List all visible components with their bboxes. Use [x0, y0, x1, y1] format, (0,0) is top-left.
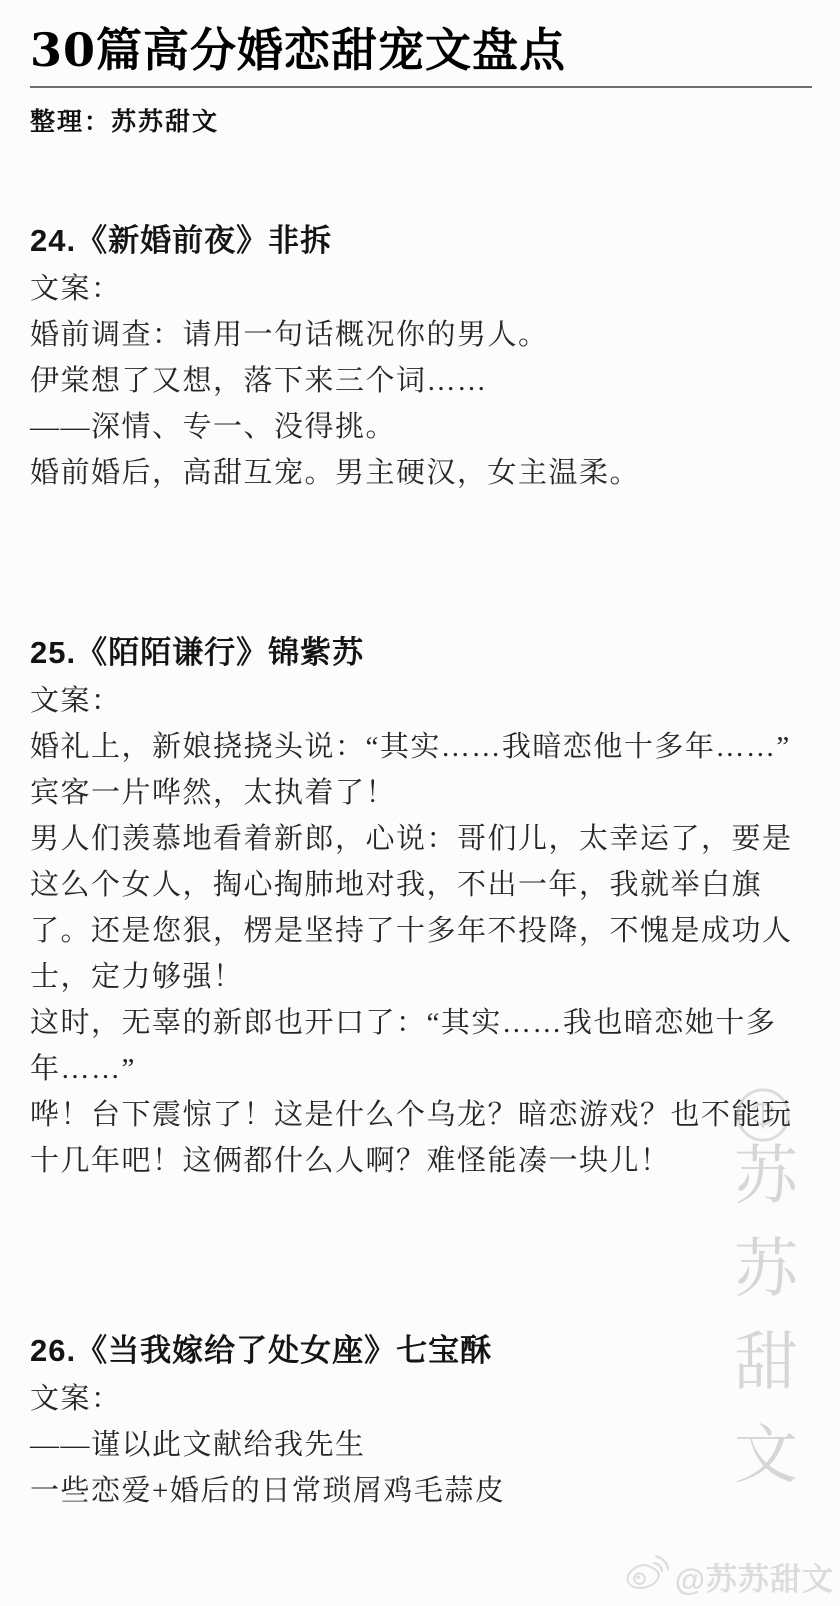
book-number: 25. [30, 635, 76, 670]
body-line: 宾客一片哗然，太执着了！ [30, 770, 812, 816]
book-heading: 24.《新婚前夜》非拆 [30, 220, 812, 262]
weibo-icon [624, 1552, 670, 1600]
body-line: 这时，无辜的新郎也开口了：“其实……我也暗恋她十多年……” [30, 1000, 812, 1092]
case-label: 文案： [30, 1376, 812, 1422]
case-label: 文案： [30, 266, 812, 312]
body-line: ——深情、专一、没得挑。 [30, 404, 812, 450]
book-number: 24. [30, 223, 76, 258]
book-number: 26. [30, 1333, 76, 1368]
body-line: 伊棠想了又想，落下来三个词…… [30, 358, 812, 404]
body-line: 婚礼上，新娘挠挠头说：“其实……我暗恋他十多年……” [30, 724, 812, 770]
book-title: 《新婚前夜》 [76, 223, 268, 258]
book-author: 非拆 [268, 223, 332, 258]
document-header: 30篇高分婚恋甜宠文盘点 整理：苏苏甜文 [30, 0, 812, 138]
page-title: 30篇高分婚恋甜宠文盘点 [30, 24, 812, 77]
body-line: 哗！台下震惊了！这是什么个乌龙？暗恋游戏？也不能玩十几年吧！这俩都什么人啊？难怪… [30, 1092, 812, 1184]
book-entry-25: 25.《陌陌谦行》锦紫苏 文案： 婚礼上，新娘挠挠头说：“其实……我暗恋他十多年… [30, 632, 812, 1184]
book-author: 锦紫苏 [268, 635, 364, 670]
document-page: 苏 苏 甜 文 @苏苏甜文 30篇高分婚恋甜宠文盘点 整理：苏苏甜文 24.《新… [0, 0, 840, 1606]
case-label: 文案： [30, 678, 812, 724]
bottom-watermark: @苏苏甜文 [624, 1552, 834, 1600]
book-entry-26: 26.《当我嫁给了处女座》七宝酥 文案： ——谨以此文献给我先生 一些恋爱+婚后… [30, 1330, 812, 1514]
body-line: 男人们羡慕地看着新郎，心说：哥们儿，太幸运了，要是这么个女人，掏心掏肺地对我，不… [30, 816, 812, 1000]
title-divider [30, 86, 812, 88]
book-heading: 26.《当我嫁给了处女座》七宝酥 [30, 1330, 812, 1372]
body-line: 婚前婚后，高甜互宠。男主硬汉，女主温柔。 [30, 450, 812, 496]
book-title: 《陌陌谦行》 [76, 635, 268, 670]
body-line: 婚前调查：请用一句话概况你的男人。 [30, 312, 812, 358]
book-entry-24: 24.《新婚前夜》非拆 文案： 婚前调查：请用一句话概况你的男人。 伊棠想了又想… [30, 220, 812, 496]
book-title: 《当我嫁给了处女座》 [76, 1333, 396, 1368]
book-heading: 25.《陌陌谦行》锦紫苏 [30, 632, 812, 674]
body-line: ——谨以此文献给我先生 [30, 1422, 812, 1468]
compiler-line: 整理：苏苏甜文 [30, 102, 812, 138]
book-author: 七宝酥 [396, 1333, 492, 1368]
body-line: 一些恋爱+婚后的日常琐屑鸡毛蒜皮 [30, 1468, 812, 1514]
document-content: 30篇高分婚恋甜宠文盘点 整理：苏苏甜文 24.《新婚前夜》非拆 文案： 婚前调… [0, 0, 840, 1514]
watermark-handle: @苏苏甜文 [675, 1554, 834, 1599]
